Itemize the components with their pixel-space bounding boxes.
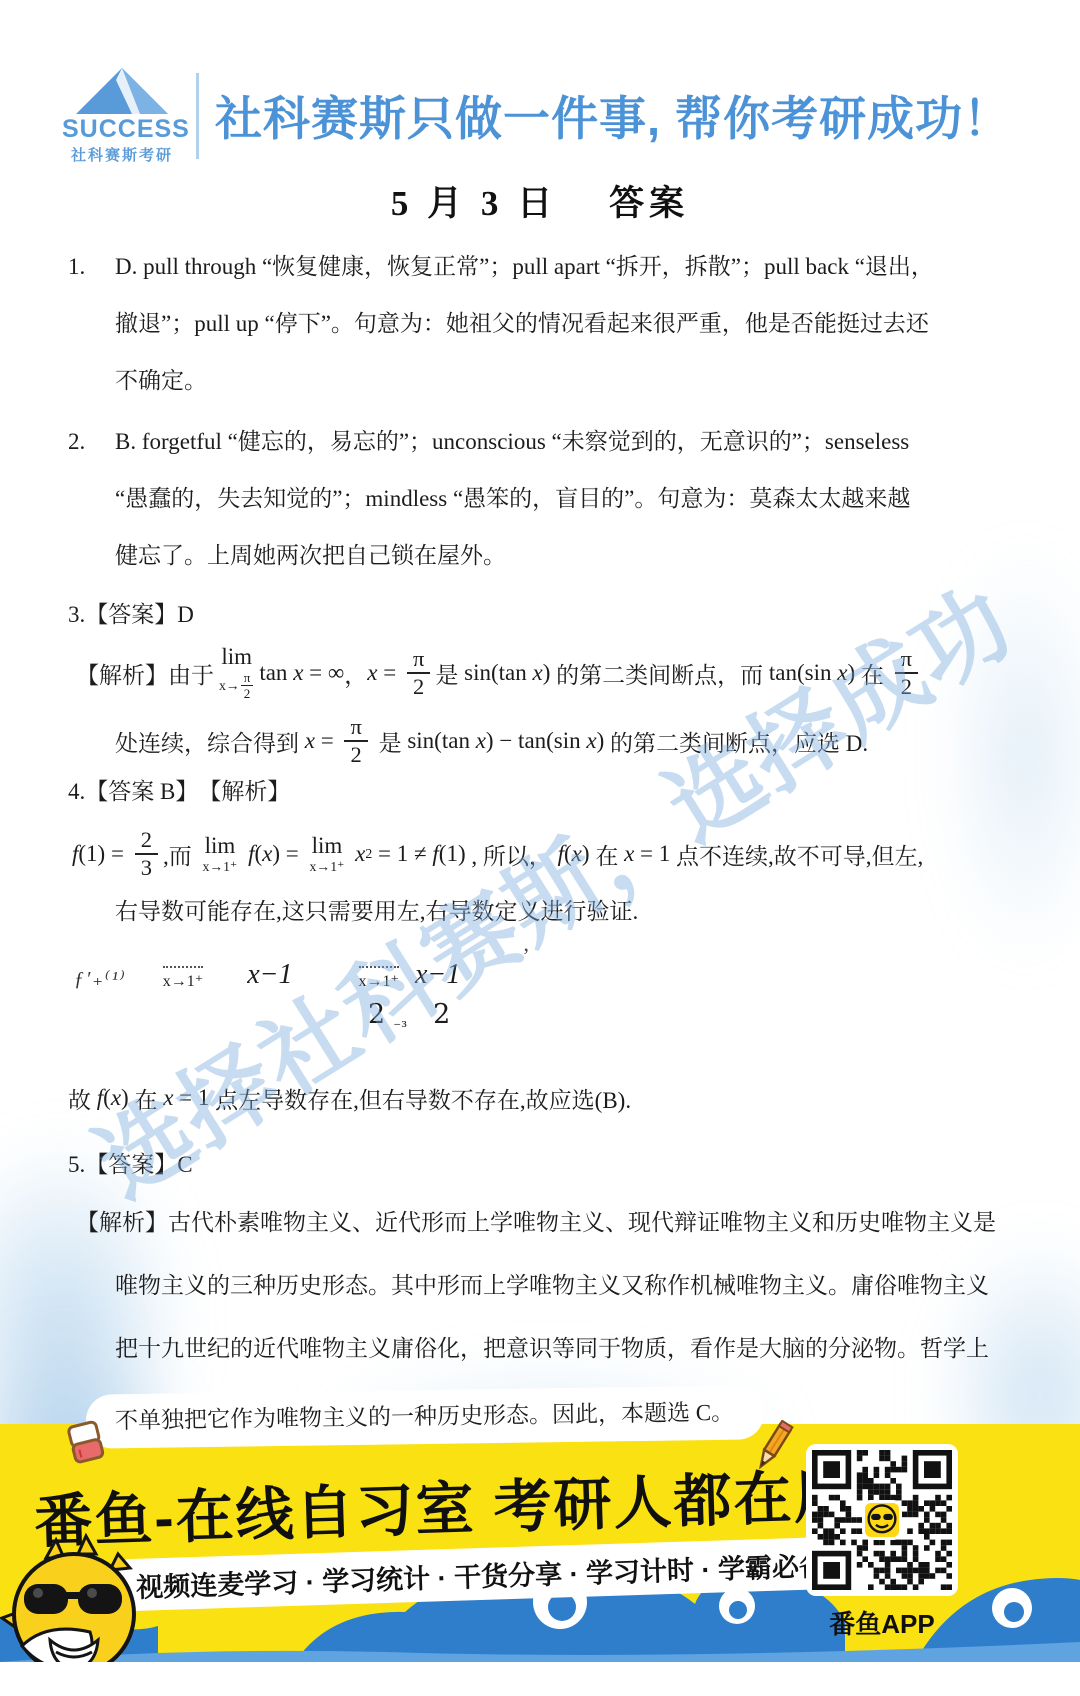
math-roman: sin(tan [407,728,475,754]
limit-expression: limx→1⁺ [310,834,345,874]
math-fraction: π2 [895,647,918,698]
math-variable: x [572,841,582,867]
text-run: 在 [129,1082,164,1115]
qr-app-label: 番鱼APP [806,1604,958,1641]
math-roman: = 1 [173,1085,209,1111]
math-roman: = ∞ [303,660,344,686]
analysis-text-line: 唯物主义的三种历史形态。其中形而上学唯物主义又称作机械唯物主义。庸俗唯物主义 [115,1269,963,1303]
qr-center-fish-icon [862,1500,902,1540]
math-variable: x [532,660,542,686]
qr-code [806,1444,958,1596]
brand-header: SUCCESS 社科赛斯考研 社科赛斯只做一件事, 帮你考研成功！ [62,66,1011,165]
answer-item-2: 2. B. forgetful “健忘的，易忘的”；unconscious “未… [68,425,963,596]
item-number: 2. [68,425,112,459]
analysis-formula-line: 处连续，综合得到 x = π2 是 sin(tan x) − tan(sin x… [115,708,963,774]
text-run: 点左导数存在,但右导数不存在,故应选(B). [209,1082,631,1115]
math-variable: x [293,660,303,686]
math-roman: ) [582,841,590,867]
formula-fragment: ₋₃ [393,1013,407,1031]
limit-word: lim [221,645,252,668]
math-fraction: π2 [407,647,430,698]
math-variable: x [111,1085,121,1111]
answer-line: 撤退”；pull up “停下”。句意为：她祖父的情况看起来很严重，他是否能挺过… [115,307,963,341]
math-roman: ) [543,660,551,686]
math-fraction: π2 [241,671,254,701]
formula-fragment: ’ [522,943,529,969]
analysis-formula-line: f(1) = 23,而 limx→1⁺ f(x) = limx→1⁺ x2 = … [72,819,963,889]
math-variable: f [242,841,254,867]
analysis-text-line: 右导数可能存在,这只需要用左,右导数定义进行验证. [115,895,963,929]
math-superscript: 2 [365,847,372,861]
brand-slogan: 社科赛斯只做一件事, 帮你考研成功！ [215,82,1011,149]
math-roman: tan [259,660,293,686]
fraction-denominator: 2 [413,674,424,699]
text-run: 是 [435,657,464,690]
text-run: 是 [373,725,408,758]
formula-fragment: x−1 [415,959,460,991]
text-run: ,而 [163,838,198,871]
ad-banner: 番鱼-在线自习室 考研人都在用 视频连麦学习 · 学习统计 · 干货分享 · 学… [0,1424,1080,1662]
math-roman: ) [847,660,860,686]
limit-word: lim [312,834,343,857]
formula-fragment: 2 [433,999,450,1030]
fraction-denominator: 2 [901,674,912,699]
page-title: 5 月 3 日答案 [0,176,1080,226]
math-roman: tan(sin [769,660,837,686]
truncated-formula-row: 2₋₃2 [368,999,963,1043]
math-fraction: π2 [344,715,367,766]
limit-word: lim [205,834,236,857]
analysis-formula-line: 故 f(x) 在 x = 1 点左导数存在,但右导数不存在,故应选(B). [68,1081,963,1115]
text-run: 【解析】由于 [76,657,214,690]
answer-line: 健忘了。上周她两次把自己锁在屋外。 [115,539,963,573]
text-run: ， [344,657,367,690]
answer-item-3: 3.【答案】D 【解析】由于limx→π2tan x = ∞，x = π2是 s… [68,598,963,776]
math-roman: = 1 [634,841,670,867]
answer-line: 不确定。 [115,364,963,398]
analysis-formula-line: 【解析】由于limx→π2tan x = ∞，x = π2是 sin(tan x… [76,640,963,706]
text-run: 处连续，综合得到 [115,725,305,758]
math-roman: ) [597,728,610,754]
fraction-numerator: π [344,715,367,742]
formula-fragment: ƒ′₊⁽¹⁾ [74,966,127,991]
math-variable: x [262,841,272,867]
math-roman: ( [254,841,262,867]
answer-line: D. pull through “恢复健康，恢复正常”；pull apart “… [115,250,963,284]
limit-expression: limx→π2 [219,645,254,701]
math-variable: x [476,728,486,754]
math-variable: x [349,841,365,867]
limit-subscript-prefix: x→ [219,679,240,693]
logo-subtitle: 社科赛斯考研 [62,144,182,165]
answer-item-4: 4.【答案 B】 【解析】 f(1) = 23,而 limx→1⁺ f(x) =… [68,775,963,1115]
answer-item-1: 1. D. pull through “恢复健康，恢复正常”；pull apar… [68,250,963,421]
math-variable: x [624,841,634,867]
math-roman: = [378,660,402,686]
logo-title: SUCCESS [62,116,182,142]
text-run: , 所以， [466,838,558,871]
text-run: 点不连续,故不可导,但左, [670,838,923,871]
math-roman: (1) = [78,841,129,867]
text-run: 的第二类间断点，而 [550,657,769,690]
fraction-numerator: π [895,647,918,674]
text-run: 故 [68,1082,97,1115]
answer-line: “愚蠢的，失去知觉的”；mindless “愚笨的，盲目的”。句意为：莫森太太越… [115,482,963,516]
title-date: 5 月 3 日 [391,184,557,223]
mountain-logo-icon [74,66,170,116]
document-page: SUCCESS 社科赛斯考研 社科赛斯只做一件事, 帮你考研成功！ 5 月 3 … [0,0,1080,1696]
formula-fragment: x−1 [247,959,292,991]
math-roman: ) = [272,841,304,867]
formula-fragment: 2 [368,999,385,1030]
text-run: 在 [861,657,890,690]
limit-subscript: x→1⁺ [310,860,345,874]
math-roman: ( [103,1085,111,1111]
analysis-text-line: 把十九世纪的近代唯物主义庸俗化，把意识等同于物质，看作是大脑的分泌物。哲学上 [115,1332,963,1366]
fraction-denominator: 2 [244,686,251,701]
math-roman: (1) [439,841,466,867]
math-variable: x [163,1085,173,1111]
limit-expression: limx→1⁺ [202,834,237,874]
answer-label: 4.【答案 B】 【解析】 [68,775,963,809]
math-roman: sin(tan [464,660,532,686]
fraction-denominator: 3 [141,855,152,880]
fraction-denominator: 2 [351,742,362,767]
fraction-numerator: 2 [135,828,158,855]
answer-label: 5.【答案】C [68,1148,963,1182]
math-roman: ( [564,841,572,867]
math-roman: = 1 ≠ [372,841,432,867]
math-variable: x [305,728,315,754]
fraction-numerator: π [407,647,430,674]
item-number: 1. [68,250,112,284]
truncated-formula-row: ƒ′₊⁽¹⁾x→1⁺x−1x→1⁺x−1’ [68,943,963,991]
header-divider [196,73,199,159]
success-logo: SUCCESS 社科赛斯考研 [62,66,182,165]
math-roman: = [315,728,339,754]
eraser-icon [64,1418,108,1468]
analysis-text-line: 不单独把它作为唯物主义的一种历史形态。因此，本题选 C。 [86,1385,765,1448]
title-label: 答案 [609,184,689,223]
formula-fragment: x→1⁺ [163,966,203,991]
math-fraction: 23 [135,828,158,879]
pencil-icon [746,1420,800,1474]
math-roman: ) − tan(sin [486,728,586,754]
formula-fragment: x→1⁺ [359,966,399,991]
text-run: 的第二类间断点，应选 D. [610,725,868,758]
text-run: 在 [590,838,625,871]
answer-item-5: 5.【答案】C 【解析】古代朴素唯物主义、近代形而上学唯物主义、现代辩证唯物主义… [68,1148,963,1395]
math-variable: x [586,728,596,754]
limit-subscript: x→π2 [219,671,254,701]
pufferfish-mascot-icon [0,1528,154,1662]
answer-label: 3.【答案】D [68,598,963,632]
math-variable: x [367,660,377,686]
answer-line: B. forgetful “健忘的，易忘的”；unconscious “未察觉到… [115,425,963,459]
fraction-numerator: π [241,671,254,686]
limit-subscript: x→1⁺ [202,860,237,874]
analysis-text-line: 【解析】古代朴素唯物主义、近代形而上学唯物主义、现代辩证唯物主义和历史唯物主义是 [76,1206,963,1240]
math-variable: x [837,660,847,686]
math-roman: ) [121,1085,129,1111]
